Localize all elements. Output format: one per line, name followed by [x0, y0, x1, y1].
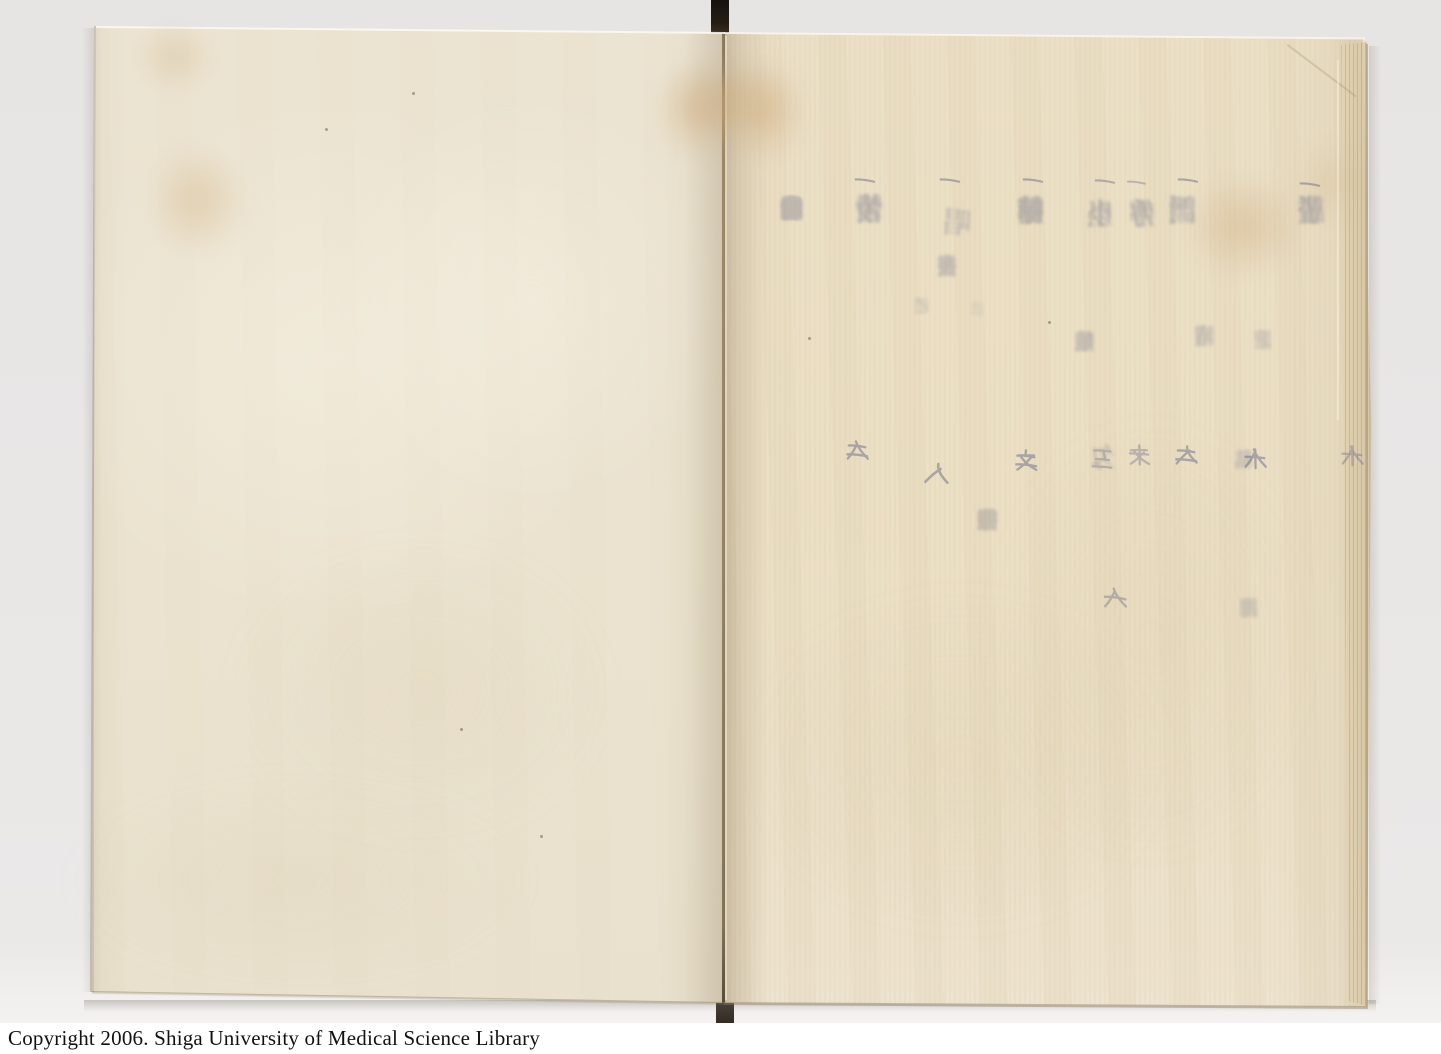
- bleedthrough-glyph: 賬: [778, 197, 807, 221]
- vertical-crease: [1337, 60, 1339, 420]
- bleedthrough-glyph: 謕: [1165, 197, 1201, 228]
- paper-mottle: [70, 780, 530, 980]
- bleedthrough-glyph: [1098, 583, 1133, 613]
- paper-speck: [325, 128, 328, 131]
- paper-speck: [1048, 321, 1051, 324]
- right-edge-shadow: [1369, 46, 1381, 1004]
- bleedthrough-glyph: 賕: [1013, 197, 1048, 227]
- bleedthrough-glyph: 賬: [1072, 332, 1097, 353]
- bleedthrough-glyph: [1017, 167, 1048, 194]
- bleedthrough-glyph: [849, 167, 880, 194]
- paper-speck: [540, 835, 543, 838]
- bleedthrough-glyph: 方: [1192, 327, 1218, 349]
- copyright-text: Copyright 2006. Shiga University of Medi…: [8, 1026, 540, 1051]
- bleedthrough-glyph: [840, 436, 874, 465]
- bleedthrough-glyph: [1169, 441, 1203, 470]
- bleedthrough-glyph: 搌: [935, 257, 961, 279]
- bleedthrough-glyph: 乙: [912, 299, 932, 316]
- paper-mottle: [990, 420, 1310, 860]
- bleedthrough-glyph: 方: [975, 511, 1001, 533]
- bleedthrough-glyph: 以: [1083, 200, 1118, 230]
- bleedthrough-glyph: [918, 458, 955, 490]
- bleedthrough-glyph: 方: [1125, 200, 1160, 230]
- bleedthrough-glyph: 㐧: [852, 196, 888, 227]
- bleedthrough-glyph: [1124, 441, 1156, 469]
- paper-speck: [808, 337, 811, 340]
- foxing-stain: [145, 142, 249, 258]
- bleedthrough-glyph: 記: [1250, 330, 1274, 350]
- bleedthrough-glyph: 唱: [940, 209, 976, 240]
- bleedthrough-glyph: 方: [1236, 598, 1260, 618]
- foxing-stain: [133, 21, 217, 93]
- bleedthrough-glyph: 匁: [1087, 445, 1119, 473]
- bleedthrough-glyph: [1172, 167, 1203, 194]
- seam-highlight: [725, 36, 727, 1000]
- bleedthrough-glyph: [1009, 446, 1043, 475]
- bleedthrough-glyph: 子: [1294, 197, 1330, 228]
- bleedthrough-glyph: [1122, 170, 1151, 194]
- bleedthrough-glyph: 㳒: [968, 302, 986, 317]
- bleedthrough-glyph: [934, 167, 965, 194]
- paper-mottle: [330, 80, 730, 520]
- paper-speck: [460, 728, 463, 731]
- paper-speck: [412, 92, 415, 95]
- copyright-bar: Copyright 2006. Shiga University of Medi…: [0, 1023, 1441, 1054]
- foxing-stain: [672, 58, 788, 138]
- binding-clamp-top: [711, 0, 729, 35]
- bleedthrough-glyph: [1238, 444, 1272, 473]
- scanned-book-photo: 醬㥄㐧唱嚇㨗節賕小㘴以手傳方門謕曹謚子亥長書㐧搌甲乙㳒檒痓始賬清㬢方診絫下記草稿…: [0, 0, 1441, 1054]
- bleedthrough-glyph: [1335, 441, 1369, 470]
- bleedthrough-glyph: [1089, 168, 1120, 195]
- gutter-shade-right: [724, 33, 768, 1003]
